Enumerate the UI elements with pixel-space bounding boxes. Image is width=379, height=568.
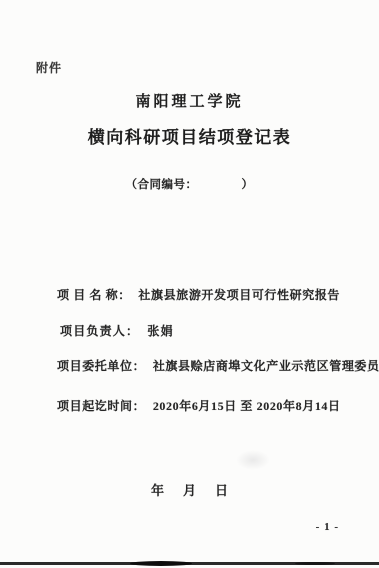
field-commissioning-unit: 项目委托单位： 社旗县赊店商埠文化产业示范区管理委员会	[57, 357, 379, 374]
field-project-duration: 项目起讫时间： 2020年6月15日 至 2020年8月14日	[57, 397, 341, 414]
commissioning-unit-label: 项目委托单位：	[57, 359, 145, 373]
scanned-document-page: 附件 南阳理工学院 横向科研项目结项登记表 （合同编号： ） 项 目 名 称： …	[0, 0, 379, 568]
signature-date-line: 年 月 日	[0, 480, 379, 499]
project-name-value: 社旗县旅游开发项目可行性研究报告	[138, 288, 340, 302]
attachment-label: 附件	[36, 59, 62, 76]
field-project-name: 项 目 名 称： 社旗县旅游开发项目可行性研究报告	[57, 286, 340, 303]
contract-number-close-paren: ）	[242, 176, 254, 192]
project-name-label: 项 目 名 称：	[57, 288, 131, 302]
project-duration-label: 项目起讫时间：	[57, 399, 145, 413]
scan-smudge	[236, 450, 270, 470]
field-project-leader: 项目负责人： 张娟	[60, 322, 174, 339]
contract-number-line: （合同编号： ）	[0, 176, 379, 192]
page-number: - 1 -	[316, 521, 339, 533]
day-label: 日	[215, 480, 228, 499]
project-leader-label: 项目负责人：	[60, 324, 139, 338]
contract-number-label: （合同编号：	[126, 176, 198, 192]
form-title: 横向科研项目结项登记表	[0, 123, 379, 148]
commissioning-unit-value: 社旗县赊店商埠文化产业示范区管理委员会	[153, 359, 379, 373]
institution-title: 南阳理工学院	[0, 90, 379, 111]
year-label: 年	[151, 480, 164, 499]
month-label: 月	[183, 480, 196, 499]
project-leader-value: 张娟	[147, 324, 173, 338]
project-duration-value: 2020年6月15日 至 2020年8月14日	[153, 399, 341, 413]
scan-edge-line	[0, 562, 379, 565]
